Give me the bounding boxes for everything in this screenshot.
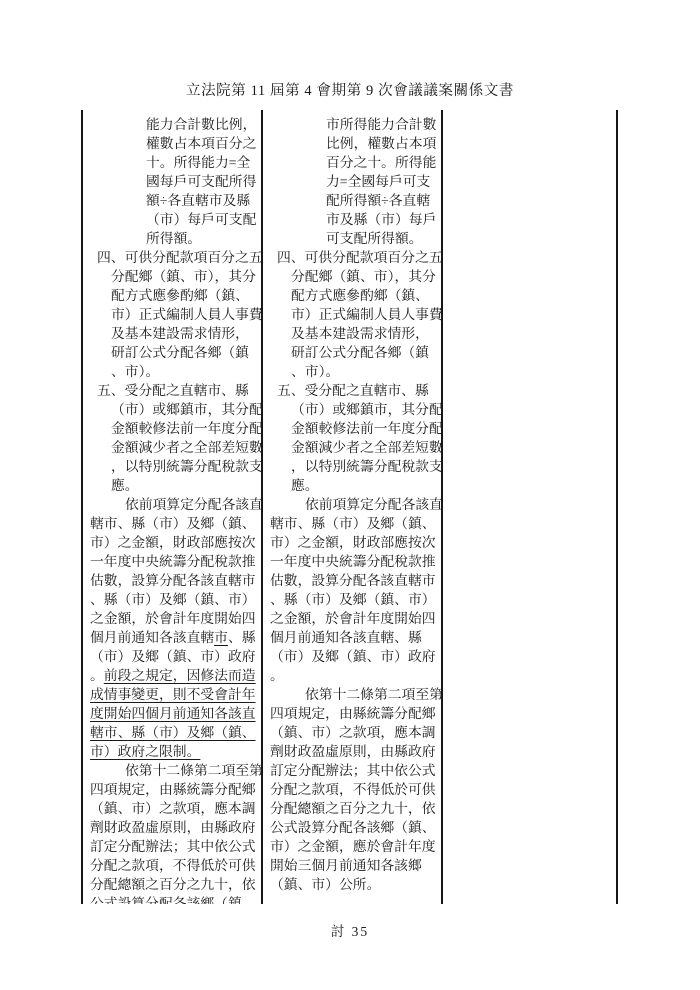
text-line: 估數，設算分配各該直轄市 xyxy=(270,571,441,590)
text-run: 一年度中央統籌分配稅款推 xyxy=(270,554,436,569)
text-line: 、市）。 xyxy=(270,362,441,381)
text-run: 市）之金額，財政部應按次 xyxy=(270,535,436,550)
text-line: 分配鄉（鎮、市），其分 xyxy=(90,267,261,286)
text-line: 轄市、縣（市）及鄉（鎮、 xyxy=(90,723,261,742)
text-line: 。前段之規定，因修法而造 xyxy=(90,666,261,685)
text-run: 應。 xyxy=(111,478,139,493)
page-number: 討 35 xyxy=(0,920,700,940)
text-run: 配所得額÷各直轄 xyxy=(326,193,430,208)
text-line: 國每戶可支配所得 xyxy=(90,172,261,191)
text-run: 市）之金額，應於會計年度 xyxy=(270,839,436,854)
text-line: 額÷各直轄市及縣 xyxy=(90,191,261,210)
text-line: ，以特別統籌分配稅款支 xyxy=(90,457,261,476)
text-line: 度開始四個月前通知各該直 xyxy=(90,704,261,723)
text-line: 一年度中央統籌分配稅款推 xyxy=(90,552,261,571)
text-line: 成情事變更，則不受會計年 xyxy=(90,685,261,704)
amendment-underline-text: 度開始四個月前通知各該直 xyxy=(90,706,256,721)
amendment-underline-text: 轄市、縣（市）及鄉（鎮、 xyxy=(90,725,256,740)
text-run: 市）之金額，財政部應按次 xyxy=(90,535,256,550)
text-line: （市）及鄉（鎮、市）政府 xyxy=(270,647,441,666)
text-run: 開始三個月前通知各該鄉 xyxy=(270,858,422,873)
text-run: 一年度中央統籌分配稅款推 xyxy=(90,554,256,569)
text-line: 力=全國每戶可支 xyxy=(270,172,441,191)
text-line: 及基本建設需求情形， xyxy=(90,324,261,343)
text-run: 、市）。 xyxy=(291,364,339,379)
text-line: 配所得額÷各直轄 xyxy=(270,191,441,210)
text-line: （市）每戶可支配 xyxy=(90,210,261,229)
text-line: 依前項算定分配各該直 xyxy=(90,495,261,514)
text-run: 應。 xyxy=(291,478,319,493)
text-line: 分配總額之百分之九十，依 xyxy=(90,875,261,894)
text-run: （市）或鄉鎮市，其分配 xyxy=(111,402,261,417)
text-run: 。 xyxy=(90,668,104,683)
text-line: （市）或鄉鎮市，其分配 xyxy=(90,400,261,419)
text-run: 之金額，於會計年度開始四 xyxy=(270,611,436,626)
text-line: 金額減少者之全部差短數 xyxy=(90,438,261,457)
text-line: 轄市、縣（市）及鄉（鎮、 xyxy=(90,514,261,533)
text-run: 四項規定，由縣統籌分配鄉 xyxy=(90,782,256,797)
text-line: 研訂公式分配各鄉（鎮 xyxy=(270,343,441,362)
text-run: 公式設算分配各該鄉（鎮、 xyxy=(90,896,256,904)
text-run: 金額減少者之全部差短數 xyxy=(291,440,441,455)
text-line: 劑財政盈虛原則，由縣政府 xyxy=(90,818,261,837)
text-line: 配方式應參酌鄉（鎮、 xyxy=(90,286,261,305)
amendment-underline-text: 市）政府之限制。 xyxy=(90,744,200,759)
text-line: 五、受分配之直轄市、縣 xyxy=(90,381,261,400)
text-line: 市）正式編制人員人事費 xyxy=(90,305,261,324)
text-line: 估數，設算分配各該直轄市 xyxy=(90,571,261,590)
text-run: 分配之款項，不得低於可供 xyxy=(90,858,256,873)
text-run: 分配鄉（鎮、市），其分 xyxy=(111,269,256,284)
text-line: （鎮、市）公所。 xyxy=(270,875,441,894)
text-line: 個月前通知各該直轄市、縣 xyxy=(90,628,261,647)
text-run: 配方式應參酌鄉（鎮、 xyxy=(291,288,429,303)
text-line: 應。 xyxy=(270,476,441,495)
text-run: 分配鄉（鎮、市），其分 xyxy=(291,269,436,284)
text-line: 、縣（市）及鄉（鎮、市） xyxy=(90,590,261,609)
text-line: 依第十二條第二項至第 xyxy=(90,761,261,780)
column-current-text: 市所得能力合計數比例，權數占本項百分之十。所得能力=全國每戶可支配所得額÷各直轄… xyxy=(261,110,441,904)
text-run: 估數，設算分配各該直轄市 xyxy=(90,573,256,588)
text-run: 市所得能力合計數 xyxy=(326,117,436,132)
text-run: 及基本建設需求情形， xyxy=(111,326,249,341)
amendment-underline-text: 前段之規定，因修法而造 xyxy=(104,668,256,683)
text-run: 研訂公式分配各鄉（鎮 xyxy=(291,345,429,360)
text-line: 訂定分配辦法；其中依公式 xyxy=(90,837,261,856)
text-run: 個月前通知各該直轄 xyxy=(90,630,214,645)
text-run: 分配之款項，不得低於可供 xyxy=(270,782,436,797)
text-run: 百分之十。所得能 xyxy=(326,155,436,170)
text-run: 、縣 xyxy=(228,630,256,645)
text-line: 市）之金額，財政部應按次 xyxy=(270,533,441,552)
text-run: 金額較修法前一年度分配 xyxy=(291,421,441,436)
text-line: 訂定分配辦法；其中依公式 xyxy=(270,761,441,780)
text-run: 五、受分配之直轄市、縣 xyxy=(277,383,429,398)
text-line: 所得額。 xyxy=(90,229,261,248)
text-line: 一年度中央統籌分配稅款推 xyxy=(270,552,441,571)
text-run: 依第十二條第二項至第 xyxy=(125,763,261,778)
text-line: 研訂公式分配各鄉（鎮 xyxy=(90,343,261,362)
text-run: 可支配所得額。 xyxy=(326,231,423,246)
text-run: （鎮、市）之款項，應本調 xyxy=(270,725,436,740)
text-line: 配方式應參酌鄉（鎮、 xyxy=(270,286,441,305)
text-run: 配方式應參酌鄉（鎮、 xyxy=(111,288,249,303)
text-run: 五、受分配之直轄市、縣 xyxy=(97,383,249,398)
text-run: 權數占本項百分之 xyxy=(146,136,256,151)
text-run: 依前項算定分配各該直 xyxy=(125,497,261,512)
text-run: 轄市、縣（市）及鄉（鎮、 xyxy=(90,516,256,531)
text-run: ，以特別統籌分配稅款支 xyxy=(111,459,261,474)
text-run: 、縣（市）及鄉（鎮、市） xyxy=(270,592,436,607)
text-line: 分配之款項，不得低於可供 xyxy=(90,856,261,875)
text-line: 之金額，於會計年度開始四 xyxy=(270,609,441,628)
text-run: 市及縣（市）每戶 xyxy=(326,212,436,227)
text-run: 分配總額之百分之九十，依 xyxy=(270,801,436,816)
text-line: 個月前通知各該直轄、縣 xyxy=(270,628,441,647)
text-line: 之金額，於會計年度開始四 xyxy=(90,609,261,628)
text-run: 額÷各直轄市及縣 xyxy=(146,193,250,208)
text-line: 劑財政盈虛原則，由縣政府 xyxy=(270,742,441,761)
text-line: 市及縣（市）每戶 xyxy=(270,210,441,229)
text-line: 。 xyxy=(270,666,441,685)
text-line: 市）之金額，應於會計年度 xyxy=(270,837,441,856)
amendment-underline-text: 成情事變更，則不受會計年 xyxy=(90,687,256,702)
text-line: （鎮、市）之款項，應本調 xyxy=(270,723,441,742)
text-line: 四、可供分配款項百分之五 xyxy=(90,248,261,267)
text-line: 市）正式編制人員人事費 xyxy=(270,305,441,324)
text-run: 轄市、縣（市）及鄉（鎮、 xyxy=(270,516,436,531)
text-line: 金額較修法前一年度分配 xyxy=(90,419,261,438)
text-run: 及基本建設需求情形， xyxy=(291,326,429,341)
text-run: 市）正式編制人員人事費 xyxy=(291,307,441,322)
text-line: 轄市、縣（市）及鄉（鎮、 xyxy=(270,514,441,533)
text-line: 市）政府之限制。 xyxy=(90,742,261,761)
text-run: 能力合計數比例， xyxy=(146,117,256,132)
text-line: 四項規定，由縣統籌分配鄉 xyxy=(270,704,441,723)
text-line: 分配鄉（鎮、市），其分 xyxy=(270,267,441,286)
text-line: 依前項算定分配各該直 xyxy=(270,495,441,514)
text-line: （市）或鄉鎮市，其分配 xyxy=(270,400,441,419)
text-line: 市）之金額，財政部應按次 xyxy=(90,533,261,552)
text-run: 國每戶可支配所得 xyxy=(146,174,256,189)
text-run: 、縣（市）及鄉（鎮、市） xyxy=(90,592,256,607)
text-line: 公式設算分配各該鄉（鎮、 xyxy=(270,818,441,837)
text-line: 可支配所得額。 xyxy=(270,229,441,248)
text-line: 市所得能力合計數 xyxy=(270,115,441,134)
text-run: （市）每戶可支配 xyxy=(146,212,256,227)
text-line: 能力合計數比例， xyxy=(90,115,261,134)
text-run: 估數，設算分配各該直轄市 xyxy=(270,573,436,588)
text-line: 金額較修法前一年度分配 xyxy=(270,419,441,438)
text-run: 力=全國每戶可支 xyxy=(326,174,430,189)
text-run: 訂定分配辦法；其中依公式 xyxy=(90,839,256,854)
column-explanation xyxy=(441,110,618,904)
text-line: （鎮、市）之款項，應本調 xyxy=(90,799,261,818)
text-run: 、市）。 xyxy=(111,364,159,379)
text-line: （市）及鄉（鎮、市）政府 xyxy=(90,647,261,666)
text-line: ，以特別統籌分配稅款支 xyxy=(270,457,441,476)
text-line: 金額減少者之全部差短數 xyxy=(270,438,441,457)
text-run: 個月前通知各該直轄、縣 xyxy=(270,630,422,645)
text-line: 分配總額之百分之九十，依 xyxy=(270,799,441,818)
text-run: 劑財政盈虛原則，由縣政府 xyxy=(270,744,436,759)
text-run: 金額較修法前一年度分配 xyxy=(111,421,261,436)
amendment-underline-text: 市 xyxy=(214,630,228,645)
text-run: 所得額。 xyxy=(146,231,201,246)
bill-comparison-table: 能力合計數比例，權數占本項百分之十。所得能力=全國每戶可支配所得額÷各直轄市及縣… xyxy=(81,110,618,904)
text-line: 及基本建設需求情形， xyxy=(270,324,441,343)
text-run: 四項規定，由縣統籌分配鄉 xyxy=(270,706,436,721)
text-run: （市）及鄉（鎮、市）政府 xyxy=(90,649,256,664)
text-run: 四、可供分配款項百分之五 xyxy=(277,250,441,265)
page-header-title: 立法院第 11 屆第 4 會期第 9 次會議議案關係文書 xyxy=(0,79,700,100)
text-line: 比例，權數占本項 xyxy=(270,134,441,153)
text-run: （鎮、市）之款項，應本調 xyxy=(90,801,256,816)
text-run: （鎮、市）公所。 xyxy=(270,877,380,892)
text-run: 之金額，於會計年度開始四 xyxy=(90,611,256,626)
text-run: 市）正式編制人員人事費 xyxy=(111,307,261,322)
column-amended-text: 能力合計數比例，權數占本項百分之十。所得能力=全國每戶可支配所得額÷各直轄市及縣… xyxy=(81,110,261,904)
text-run: 依第十二條第二項至第 xyxy=(305,687,441,702)
text-line: 、市）。 xyxy=(90,362,261,381)
text-run: 十。所得能力=全 xyxy=(146,155,250,170)
text-run: 研訂公式分配各鄉（鎮 xyxy=(111,345,249,360)
text-line: 四項規定，由縣統籌分配鄉 xyxy=(90,780,261,799)
text-line: 、縣（市）及鄉（鎮、市） xyxy=(270,590,441,609)
text-line: 權數占本項百分之 xyxy=(90,134,261,153)
text-run: 劑財政盈虛原則，由縣政府 xyxy=(90,820,256,835)
document-page: 立法院第 11 屆第 4 會期第 9 次會議議案關係文書 能力合計數比例，權數占… xyxy=(0,0,700,990)
text-run: ，以特別統籌分配稅款支 xyxy=(291,459,441,474)
text-run: 依前項算定分配各該直 xyxy=(305,497,441,512)
text-run: 公式設算分配各該鄉（鎮、 xyxy=(270,820,436,835)
text-run: 比例，權數占本項 xyxy=(326,136,436,151)
text-line: 應。 xyxy=(90,476,261,495)
text-line: 依第十二條第二項至第 xyxy=(270,685,441,704)
text-line: 十。所得能力=全 xyxy=(90,153,261,172)
text-run: （市）及鄉（鎮、市）政府 xyxy=(270,649,436,664)
text-line: 開始三個月前通知各該鄉 xyxy=(270,856,441,875)
text-line: 四、可供分配款項百分之五 xyxy=(270,248,441,267)
text-line: 百分之十。所得能 xyxy=(270,153,441,172)
text-run: 四、可供分配款項百分之五 xyxy=(97,250,261,265)
text-run: 金額減少者之全部差短數 xyxy=(111,440,261,455)
text-line: 公式設算分配各該鄉（鎮、 xyxy=(90,894,261,904)
text-run: 訂定分配辦法；其中依公式 xyxy=(270,763,436,778)
text-run: 。 xyxy=(270,668,284,683)
text-line: 五、受分配之直轄市、縣 xyxy=(270,381,441,400)
text-line: 分配之款項，不得低於可供 xyxy=(270,780,441,799)
text-run: 分配總額之百分之九十，依 xyxy=(90,877,256,892)
text-run: （市）或鄉鎮市，其分配 xyxy=(291,402,441,417)
